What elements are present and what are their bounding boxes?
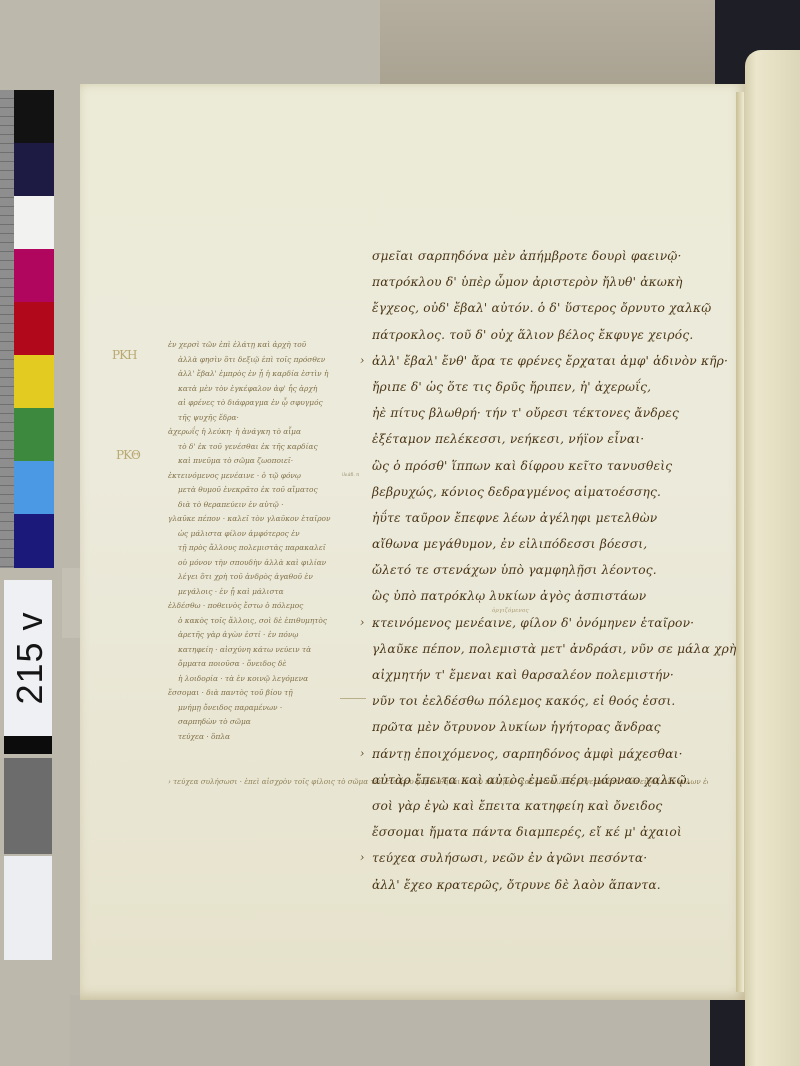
- verse-text: πάντῃ ἐποιχόμενος, σαρπηδόνος ἀμφὶ μάχεσ…: [372, 747, 683, 761]
- verse-line: ›ἀλλ' ἔβαλ' ἔνθ' ἄρα τε φρένες ἔρχαται ἀ…: [372, 348, 752, 374]
- main-text-column: σμεῖαι σαρπηδόνα μὲν ἀπήμβροτε δουρὶ φαε…: [372, 243, 752, 898]
- scholia-line: καὶ πνεῦμα τὸ σῶμα ζωοποιεῖ·: [168, 454, 363, 469]
- scholia-line: λέγει ὅτι χρὴ τοῦ ἀνδρὸς ἀγαθοῦ ἐν: [168, 570, 363, 585]
- scholia-line: κατὰ μὲν τὸν ἐγκέφαλον ἀφ' ἧς ἀρχὴ: [168, 382, 363, 397]
- scholia-line: διὰ τὸ θεραπεύειν ἐν αὐτῷ ·: [168, 498, 363, 513]
- scholia-line: ὄμματα ποιοῦσα · ὄνειδος δὲ: [168, 657, 363, 672]
- scholia-line: ἀχερωΐς ἡ λεύκη· ἡ ἀνάγκη τὸ αἷμα: [168, 425, 363, 440]
- swatch-cyan-blue: [14, 461, 54, 514]
- verse-line: αἴθωνα μεγάθυμον, ἐν εἰλιπόδεσσι βόεσσι,: [372, 531, 752, 557]
- gray-scale-mid: [4, 758, 52, 854]
- verse-line: ἔγχεος, οὐδ' ἔβαλ' αὐτόν. ὁ δ' ὕστερος ὄ…: [372, 295, 752, 321]
- verse-line: ἔσσομαι ἤματα πάντα διαμπερές, εἴ κέ μ' …: [372, 819, 752, 845]
- ruler-scale: [0, 90, 14, 568]
- citation-mark: ›: [360, 741, 365, 767]
- scholia-line: ἐλδέσθω · ποθεινὸς ἔστω ὁ πόλεμος: [168, 599, 363, 614]
- scholia-line: ἐν χερσὶ τῶν ἐπὶ ἐλάτῃ καὶ ἀρχὴ τοῦ: [168, 338, 363, 353]
- facing-leaf: [745, 50, 800, 1066]
- verse-text: ἀλλ' ἔβαλ' ἔνθ' ἄρα τε φρένες ἔρχαται ἀμ…: [372, 354, 728, 368]
- swatch-yellow: [14, 355, 54, 408]
- citation-mark: ›: [360, 610, 365, 636]
- scholia-line: ἐκτεινόμενος μενέαινε · ὁ τῷ φόνῳ: [168, 469, 363, 484]
- scholia-line: τῇ πρὸς ἄλλους πολεμιστὰς παρακαλεῖ: [168, 541, 363, 556]
- verse-line: ἀλλ' ἔχεο κρατερῶς, ὄτρυνε δὲ λαὸν ἅπαντ…: [372, 872, 752, 898]
- citation-mark: ›: [360, 845, 365, 871]
- verse-line: ›πάντῃ ἐποιχόμενος, σαρπηδόνος ἀμφὶ μάχε…: [372, 741, 752, 767]
- verse-line: ἠὲ πίτυς βλωθρή· τήν τ' οὔρεσι τέκτονες …: [372, 400, 752, 426]
- verse-line: αὐτὰρ ἔπειτα καὶ αὐτὸς ἐμεῦ πέρι μάρναο …: [372, 767, 752, 793]
- scholia-line: μεγάλοις · ἐν ᾗ καὶ μάλιστα: [168, 585, 363, 600]
- scholia-line: μετὰ θυμοῦ ἐνεκρᾶτο ἐκ τοῦ αἵματος: [168, 483, 363, 498]
- scholia-line: ἔσσομαι · διὰ παντὸς τοῦ βίου τῇ: [168, 686, 363, 701]
- verse-line: νῦν τοι ἐελδέσθω πόλεμος κακός, εἰ θοός …: [372, 688, 752, 714]
- scholia-line: ἡ λοιδορία · τὰ ἐν κοινῷ λεγόμενα: [168, 672, 363, 687]
- color-calibration-strip: [0, 90, 58, 568]
- marginal-number: ΡΚΗ: [112, 348, 137, 362]
- folio-label-strip: 215 v: [4, 580, 52, 960]
- verse-line: σμεῖαι σαρπηδόνα μὲν ἀπήμβροτε δουρὶ φαε…: [372, 243, 752, 269]
- scholia-line: κατηφείη · αἰσχύνη κάτω νεύειν τὰ: [168, 643, 363, 658]
- scholia-line: σαρπηδὼν τὸ σῶμα: [168, 715, 363, 730]
- swatch-white: [14, 196, 54, 249]
- verse-line: βεβρυχώς, κόνιος δεδραγμένος αἱματοέσσης…: [372, 479, 752, 505]
- citation-mark: ›: [360, 348, 365, 374]
- scholia-line: τῆς ψυχῆς ἕδρα·: [168, 411, 363, 426]
- verse-line: ὤλετό τε στενάχων ὑπὸ γαμφηλῇσι λέοντος.: [372, 557, 752, 583]
- swatch-dark-blue: [14, 514, 54, 568]
- swatch-black: [14, 90, 54, 143]
- scholia-column: ἐν χερσὶ τῶν ἐπὶ ἐλάτῃ καὶ ἀρχὴ τοῦ ἀλλὰ…: [168, 338, 363, 744]
- scholia-line: τὸ δ' ἐκ τοῦ γενέσθαι ἐκ τῆς καρδίας: [168, 440, 363, 455]
- marginal-number: ΡΚΘ: [116, 448, 140, 462]
- scholia-line: ἀρετῆς γὰρ ἀγὼν ἐστί · ἐν πόνῳ: [168, 628, 363, 643]
- verse-text: τεύχεα συλήσωσι, νεῶν ἐν ἀγῶνι πεσόντα·: [372, 851, 647, 865]
- scholia-line: αἱ φρένες τὸ διάφραγμα ἐν ᾧ σφυγμός: [168, 396, 363, 411]
- scholia-line: γλαῦκε πέπον · καλεῖ τὸν γλαῦκον ἑταῖρον: [168, 512, 363, 527]
- verse-line: ὀργιζόμενος›κτεινόμενος μενέαινε, φίλον …: [372, 610, 752, 636]
- verse-line: πάτροκλος. τοῦ δ' οὐχ ἅλιον βέλος ἔκφυγε…: [372, 322, 752, 348]
- scholia-line: ὁ κακὸς τοῖς ἄλλοις, σοὶ δὲ ἐπιθυμητὸς: [168, 614, 363, 629]
- verse-line: ›τεύχεα συλήσωσι, νεῶν ἐν ἀγῶνι πεσόντα·: [372, 845, 752, 871]
- swatch-navy: [14, 143, 54, 196]
- swatch-green: [14, 408, 54, 461]
- verse-line: ἠΰτε ταῦρον ἔπεφνε λέων ἀγέληφι μετελθὼν: [372, 505, 752, 531]
- scholia-line: ἀλλὰ φησὶν ὅτι δεξιῷ ἐπὶ τοῖς πρόσθεν: [168, 353, 363, 368]
- verse-line: πατρόκλου δ' ὑπὲρ ὦμον ἀριστερὸν ἤλυθ' ἀ…: [372, 269, 752, 295]
- verse-line: σοὶ γὰρ ἐγὼ καὶ ἔπειτα κατηφείη καὶ ὄνει…: [372, 793, 752, 819]
- swatch-red: [14, 302, 54, 355]
- margin-link-tick: [340, 698, 366, 699]
- verse-line: ὣς ὑπὸ πατρόκλῳ λυκίων ἀγὸς ἀσπιστάων: [372, 583, 752, 609]
- scholia-line: τεύχεα · ὅπλα: [168, 730, 363, 745]
- verse-line: ὣς ὁ πρόσθ' ἵππων καὶ δίφρου κεῖτο τανυσ…: [372, 453, 752, 479]
- swatch-magenta: [14, 249, 54, 302]
- verse-line: γλαῦκε πέπον, πολεμιστὰ μετ' ἀνδράσι, νῦ…: [372, 636, 752, 662]
- interlinear-gloss: ὀργιζόμενος: [492, 598, 529, 624]
- scholia-line: ἀλλ' ἔβαλ' ἐμπρὸς ἐν ᾗ ἡ καρδία ἐστὶν ἡ: [168, 367, 363, 382]
- verse-line: ἐξέταμον πελέκεσσι, νεήκεσι, νήϊον εἶναι…: [372, 426, 752, 452]
- scholia-line: μνήμῃ ὄνειδος παραμένων ·: [168, 701, 363, 716]
- gray-cloth-bottom: [70, 995, 710, 1066]
- scholia-line: ὡς μάλιστα φίλον ἀμφότερος ἐν: [168, 527, 363, 542]
- folio-label-card: 215 v: [4, 580, 52, 736]
- folio-number: 215 v: [10, 588, 50, 728]
- gray-scale-white: [4, 856, 52, 960]
- verse-line: πρῶτα μὲν ὄτρυνον λυκίων ἡγήτορας ἄνδρας: [372, 714, 752, 740]
- verse-line: αἰχμητήν τ' ἔμεναι καὶ θαρσαλέον πολεμισ…: [372, 662, 752, 688]
- verse-text: κτεινόμενος μενέαινε, φίλον δ' ὀνόμηνεν …: [372, 616, 694, 630]
- verse-line: ἤριπε δ' ὡς ὅτε τις δρῦς ἤριπεν, ἠ' ἀχερ…: [372, 374, 752, 400]
- gray-scale-black: [4, 736, 52, 754]
- scholia-line: οὐ μόνον τὴν σπουδὴν ἀλλὰ καὶ φιλίαν: [168, 556, 363, 571]
